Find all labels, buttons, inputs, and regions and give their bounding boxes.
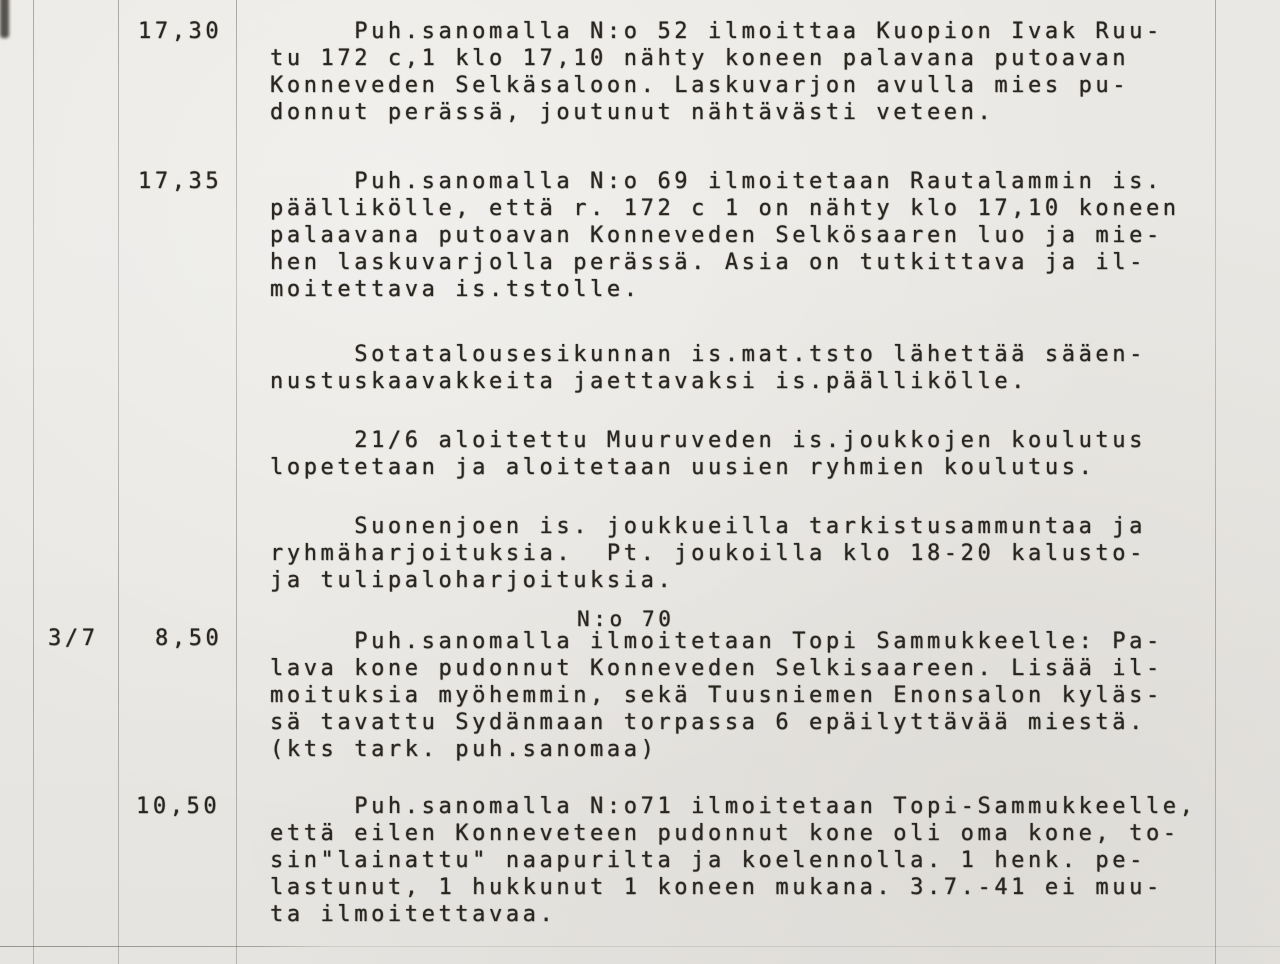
- row-rule-bottom: [0, 946, 1280, 947]
- entry-time-label: 10,50: [136, 793, 220, 820]
- entry-text-block: Sotatalousesikunnan is.mat.tsto lähettää…: [270, 341, 1215, 395]
- entry-text-block: Puh.sanomalla N:o 52 ilmoittaa Kuopion I…: [270, 18, 1215, 126]
- entry-time-label: 17,35: [138, 168, 222, 195]
- ink-smudge: [0, 0, 9, 38]
- entry-time-label: 17,30: [138, 18, 222, 45]
- entry-text-block: Puh.sanomalla ilmoitetaan Topi Sammukkee…: [270, 628, 1215, 763]
- entry-text-block: Puh.sanomalla N:o71 ilmoitetaan Topi-Sam…: [270, 793, 1215, 928]
- diary-page: 17,30 Puh.sanomalla N:o 52 ilmoittaa Kuo…: [0, 0, 1280, 964]
- column-rule-date: [118, 0, 119, 964]
- column-rule-margin: [33, 0, 34, 964]
- entry-text-block: 21/6 aloitettu Muuruveden is.joukkojen k…: [270, 427, 1215, 481]
- column-rule-right: [1215, 0, 1216, 964]
- entry-time-label: 8,50: [155, 625, 222, 652]
- entry-text-block: Puh.sanomalla N:o 69 ilmoitetaan Rautala…: [270, 168, 1215, 303]
- column-rule-time: [236, 0, 237, 964]
- entry-text-block: Suonenjoen is. joukkueilla tarkistusammu…: [270, 513, 1215, 594]
- entry-date-label: 3/7: [48, 625, 99, 652]
